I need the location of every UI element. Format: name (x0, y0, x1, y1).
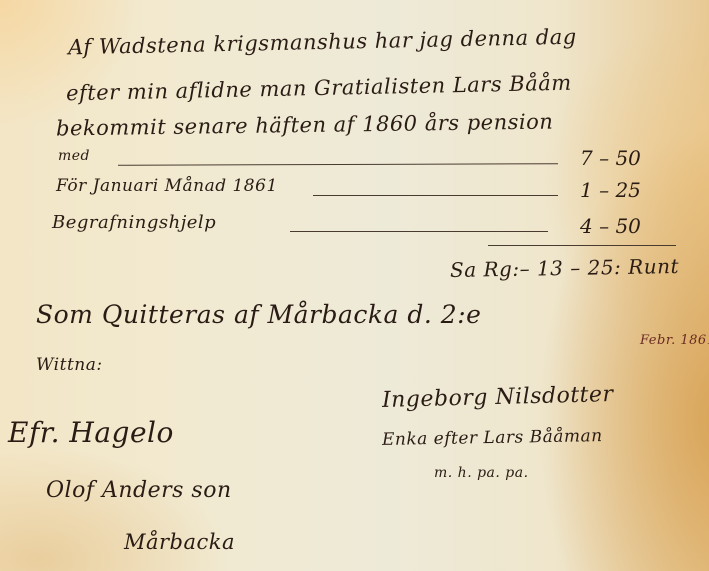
witness-signature-2: Olof Anders son (46, 478, 232, 503)
item-1-label: med (58, 148, 90, 164)
body-line-2: efter min aflidne man Gratialisten Lars … (66, 71, 572, 106)
item-3-leader-line (290, 231, 548, 232)
item-1-leader-line (118, 163, 558, 166)
body-line-1: Af Wadstena krigsmanshus har jag denna d… (68, 25, 577, 60)
total-amount: Sa Rg:– 13 – 25: Runt (450, 254, 679, 282)
witness-signature-1: Efr. Hagelo (8, 416, 174, 449)
item-2-label: För Januari Månad 1861 (56, 176, 278, 196)
item-2-amount: 1 – 25 (580, 178, 641, 202)
date-note: Febr. 1861 (640, 333, 709, 348)
sum-underline (488, 245, 676, 246)
item-1-amount: 7 – 50 (580, 146, 641, 170)
body-line-3: bekommit senare häften af 1860 års pensi… (56, 110, 554, 141)
witness-label: Wittna: (36, 355, 103, 375)
witness-signature-3: Mårbacka (124, 530, 235, 554)
item-2-leader-line (313, 195, 558, 196)
recipient-signature-title: Enka efter Lars Bååman (382, 426, 603, 450)
closing-line: Som Quitteras af Mårbacka d. 2:e (36, 300, 481, 329)
item-3-label: Begrafningshjelp (52, 212, 216, 233)
item-3-amount: 4 – 50 (580, 214, 641, 238)
recipient-signature-name: Ingeborg Nilsdotter (382, 382, 614, 413)
recipient-signature-note: m. h. pa. pa. (434, 465, 529, 481)
